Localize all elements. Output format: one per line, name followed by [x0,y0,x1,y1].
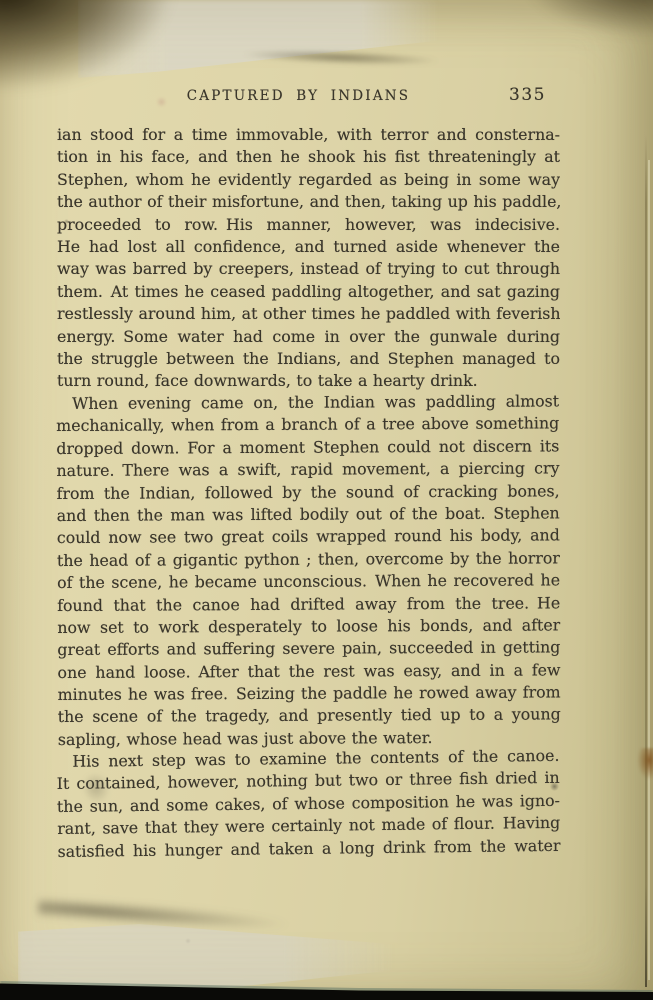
page-edge-line [645,135,647,987]
text-line: He had lost all confidence, and turned a… [57,236,560,258]
text-line: way was barred by creepers, instead of t… [57,258,560,280]
scan-shadow-top-left [0,0,170,90]
header-title: CAPTURED BY INDIANS [47,88,550,104]
text-line: dropped down. For a moment Stephen could… [56,435,559,460]
text-line: Stephen, whom he evidently regarded as b… [57,169,560,191]
page-edge-highlight [648,160,650,980]
scan-shadow-top-right [518,0,653,40]
text-line: found that the canoe had drifted away fr… [57,592,560,617]
text-line: them. At times he ceased paddling altoge… [57,281,560,303]
page-text-column: ian stood for a time immovable, with ter… [57,124,560,863]
text-line: great efforts and suffering severe pain,… [57,636,560,661]
text-line: proceeded to row. His manner, however, w… [57,214,560,236]
page-number: 335 [509,85,546,105]
text-line: one hand loose. After that the rest was … [57,659,560,684]
text-line: now set to work desperately to loose his… [57,614,560,639]
text-line: When evening came on, the Indian was pad… [56,390,559,415]
paragraph: ian stood for a time immovable, with ter… [57,124,560,393]
text-line: minutes he was free. Seizing the paddle … [58,681,561,706]
text-line: restlessly around him, at other times he… [57,303,560,325]
text-line: tion in his face, and then he shook his … [57,146,560,168]
scanned-book-page: CAPTURED BY INDIANS 335 ian stood for a … [0,0,653,1000]
text-line: turn round, face downwards, to take a he… [57,370,560,392]
paragraph: His next step was to examine the content… [56,745,560,863]
text-line: mechanically, when from a branch of a tr… [56,412,559,437]
page-edge-stain [637,748,653,780]
text-line: the head of a gigantic python ; then, ov… [57,547,560,572]
text-line: and then the man was lifted bodily out o… [57,502,560,527]
paper-blemish-pink [156,97,167,107]
text-line: of the scene, he became unconscious. Whe… [57,569,560,594]
text-line: nature. There was a swift, rapid movemen… [56,457,559,482]
text-line: the struggle between the Indians, and St… [57,348,560,370]
text-line: could now see two great coils wrapped ro… [57,524,560,549]
paper-spot [550,782,559,791]
scan-smudge-top [243,48,438,68]
text-line: ian stood for a time immovable, with ter… [57,124,560,146]
paragraph: When evening came on, the Indian was pad… [56,390,561,751]
text-line: energy. Some water had come in over the … [57,326,560,348]
text-line: the author of their misfortune, and then… [57,191,560,213]
running-header: CAPTURED BY INDIANS 335 [57,88,560,110]
text-line: from the Indian, followed by the sound o… [57,480,560,505]
paper-speck [64,219,69,224]
text-line: the scene of the tragedy, and presently … [58,704,561,729]
scan-smear-bottom [18,924,396,988]
